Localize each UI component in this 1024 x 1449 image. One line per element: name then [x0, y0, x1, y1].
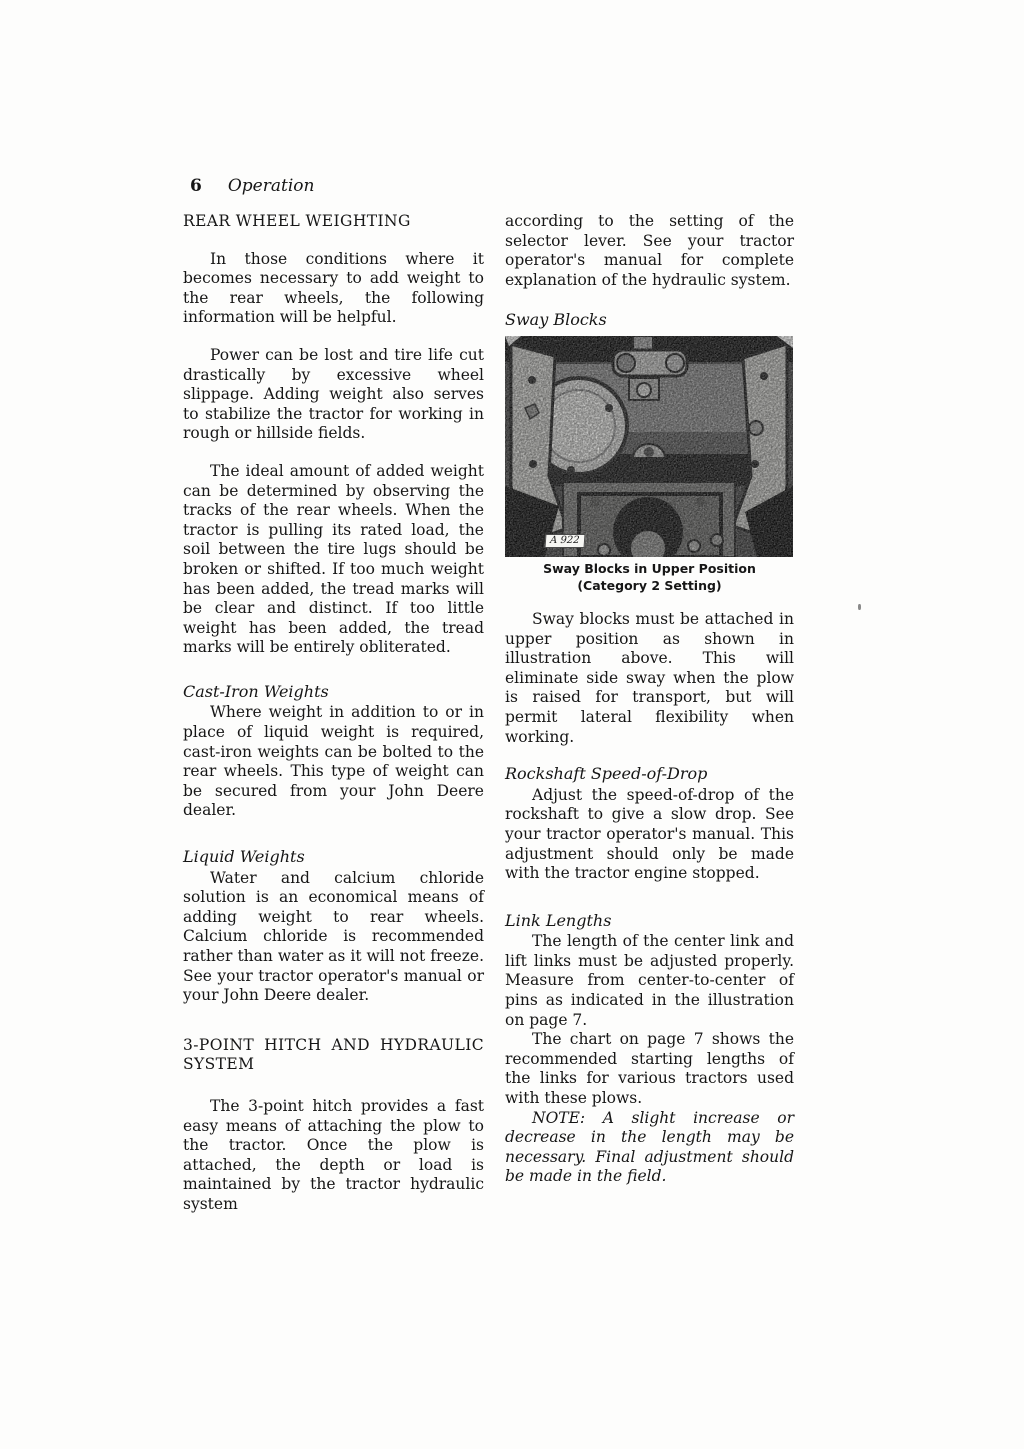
sway-blocks-photo-graphic [505, 336, 793, 557]
right-column: according to the setting of the selector… [505, 212, 794, 1187]
para-sway-blocks: Sway blocks must be attached in upper po… [505, 610, 794, 747]
para-cast-iron: Where weight in addition to or in place … [183, 703, 484, 821]
page-number: 6 [190, 176, 202, 196]
heading-3-point-hitch: 3-POINT HITCH AND HYDRAULIC SYSTEM [183, 1036, 484, 1075]
para-ideal-weight: The ideal amount of added weight can be … [183, 462, 484, 658]
para-link-lengths-2: The chart on page 7 shows the recommende… [505, 1030, 794, 1108]
subheading-link-lengths: Link Lengths [505, 911, 794, 931]
subheading-cast-iron-weights: Cast-Iron Weights [183, 682, 484, 702]
page-header: 6Operation [190, 176, 314, 196]
para-conditions: In those conditions where it becomes nec… [183, 250, 484, 328]
section-title: Operation [228, 176, 315, 196]
subheading-rockshaft: Rockshaft Speed-of-Drop [505, 764, 794, 784]
para-link-lengths-1: The length of the center link and lift l… [505, 932, 794, 1030]
para-liquid: Water and calcium chloride solution is a… [183, 869, 484, 1006]
scan-artifact-speck [858, 604, 861, 610]
photo-caption-line1: Sway Blocks in Upper Position [505, 560, 794, 577]
left-column: REAR WHEEL WEIGHTING In those conditions… [183, 212, 484, 1215]
para-rockshaft: Adjust the speed-of-drop of the rockshaf… [505, 786, 794, 884]
para-note: NOTE: A slight increase or decrease in t… [505, 1109, 794, 1187]
subheading-sway-blocks: Sway Blocks [505, 310, 794, 330]
photo-reference-label: A 922 [545, 534, 585, 548]
photo-caption-line2: (Category 2 Setting) [505, 577, 794, 594]
para-power: Power can be lost and tire life cut dras… [183, 346, 484, 444]
sway-blocks-photo: A 922 [505, 336, 793, 557]
subheading-liquid-weights: Liquid Weights [183, 847, 484, 867]
manual-page: 6Operation REAR WHEEL WEIGHTING In those… [0, 0, 1024, 1449]
photo-caption: Sway Blocks in Upper Position (Category … [505, 560, 794, 594]
para-according: according to the setting of the selector… [505, 212, 794, 290]
para-hitch: The 3-point hitch provides a fast easy m… [183, 1097, 484, 1215]
heading-rear-wheel-weighting: REAR WHEEL WEIGHTING [183, 212, 484, 232]
